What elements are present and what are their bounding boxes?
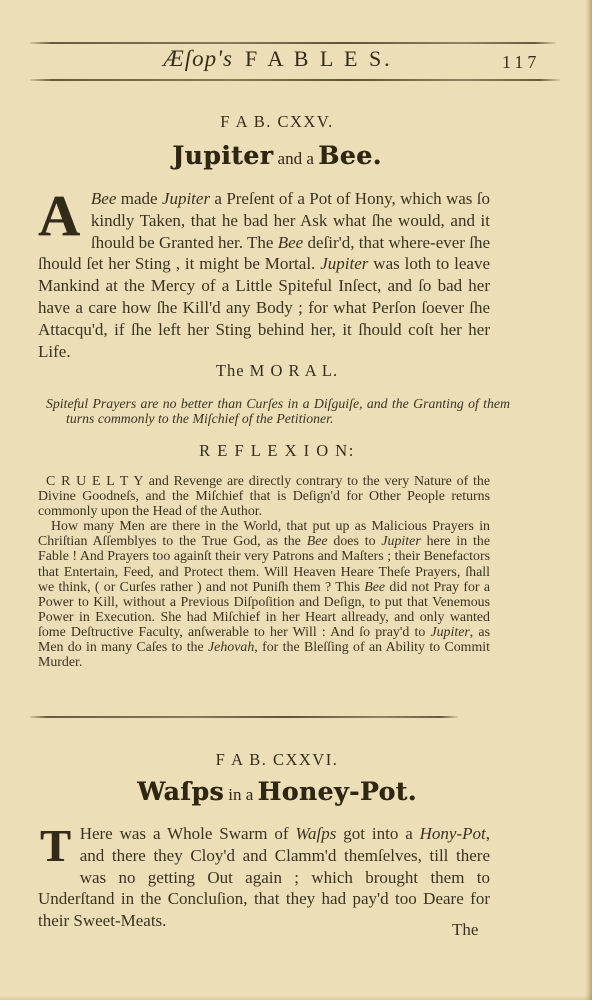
reflexion-body: C R U E L T Y and Revenge are directly c… — [38, 474, 490, 670]
fable-126-body: THere was a Whole Swarm of Waſps got int… — [38, 823, 490, 932]
header-title-script: Æſop's — [163, 46, 233, 71]
catchword: The — [452, 920, 478, 940]
fable-126-number: F A B. CXXVI. — [32, 750, 522, 770]
fable-125-title: Jupiter and a Bee. — [32, 141, 522, 170]
reflexion-paragraph-1: C R U E L T Y and Revenge are directly c… — [38, 474, 490, 519]
running-header: Æſop's F A B L E S. — [32, 46, 524, 72]
header-title-caps: F A B L E S. — [245, 46, 393, 71]
page-edge-shading — [585, 0, 592, 1000]
fable-126-title: Waſps in a Honey-Pot. — [32, 777, 522, 806]
header-rule-bottom — [30, 79, 560, 81]
fable-125-body: ABee made Jupiter a Preſent of a Pot of … — [38, 188, 490, 362]
fable-126-dropcap: T — [38, 823, 80, 869]
reflexion-paragraph-2: How many Men are there in the World, tha… — [38, 519, 490, 670]
section-divider-rule — [30, 716, 458, 718]
page-edge-shading-bottom — [0, 995, 592, 1000]
fable-125-dropcap: A — [38, 188, 91, 251]
fable-125-text: Bee made Jupiter a Preſent of a Pot of H… — [38, 189, 490, 361]
book-page: Æſop's F A B L E S. 117 F A B. CXXV. Jup… — [0, 0, 592, 1000]
moral-heading: The M O R A L. — [32, 361, 522, 381]
reflexion-heading: R E F L E X I O N: — [32, 441, 522, 461]
moral-text: Spiteful Prayers are no better than Curſ… — [46, 396, 510, 427]
page-number: 117 — [502, 52, 540, 73]
fable-125-number: F A B. CXXV. — [32, 112, 522, 132]
fable-126-text: Here was a Whole Swarm of Waſps got into… — [38, 824, 490, 930]
header-rule-top — [30, 42, 556, 44]
